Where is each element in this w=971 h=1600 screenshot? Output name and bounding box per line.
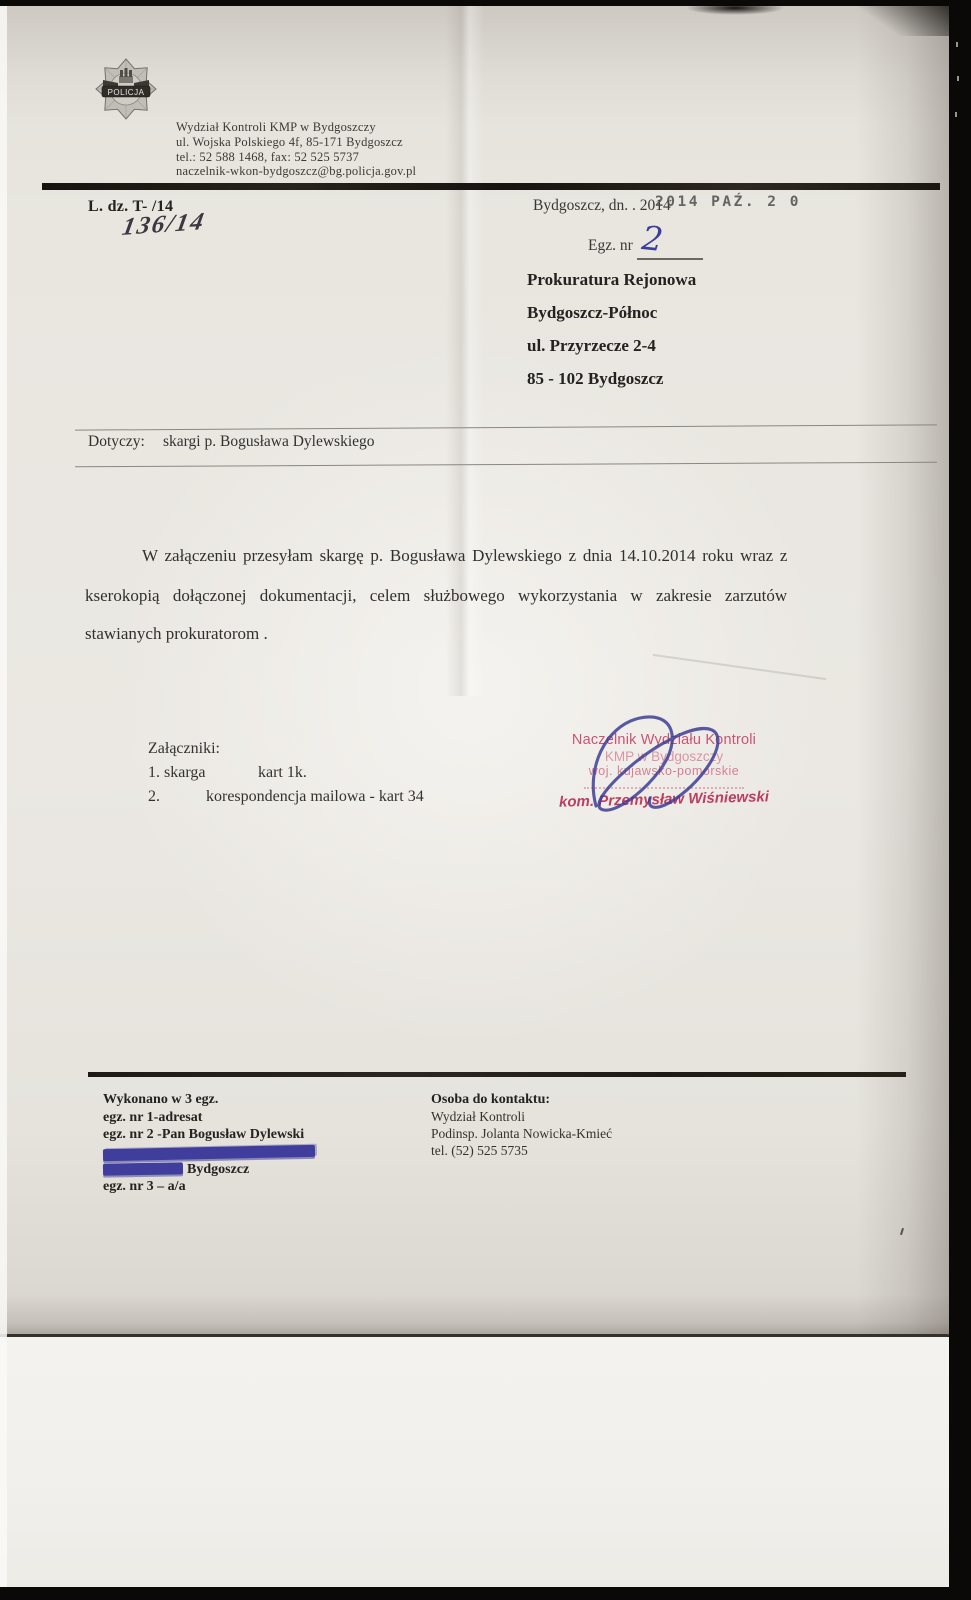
police-star-icon: POLICJA xyxy=(93,56,159,120)
scan-edge-top xyxy=(0,0,971,6)
bottom-fold-shadow xyxy=(0,1294,949,1336)
footer-divider xyxy=(88,1072,906,1077)
copy-1: egz. nr 1-adresat xyxy=(103,1109,315,1127)
recipient-name: Prokuratura Rejonowa xyxy=(527,270,696,303)
city-text: Bydgoszcz xyxy=(187,1161,249,1179)
scan-edge-right xyxy=(949,0,971,1600)
letterhead-address: ul. Wojska Polskiego 4f, 85-171 Bydgoszc… xyxy=(176,135,416,150)
recipient-district: Bydgoszcz-Północ xyxy=(527,303,696,336)
letterhead-unit: Wydział Kontroli KMP w Bydgoszczy xyxy=(176,120,416,135)
recipient-city: 85 - 102 Bydgoszcz xyxy=(527,369,696,402)
underlying-sheet xyxy=(0,1337,949,1587)
copies-made: Wykonano w 3 egz. xyxy=(103,1091,315,1109)
contact-title: Osoba do kontaktu: xyxy=(431,1091,612,1108)
place-and-date: Bydgoszcz, dn. . 2014 xyxy=(533,197,671,215)
partially-redacted-city-line: Bydgoszcz xyxy=(103,1161,315,1179)
recipient-street: ul. Przyrzecze 2-4 xyxy=(527,336,696,369)
contact-person: Podinsp. Jolanta Nowicka-Kmieć xyxy=(431,1125,612,1142)
letterhead-email: naczelnik-wkon-bydgoszcz@bg.policja.gov.… xyxy=(176,164,416,179)
date-stamp: 2014 PAŹ. 2 0 xyxy=(655,194,801,210)
scan-edge-smudge xyxy=(686,1,784,15)
scan-scratch xyxy=(956,42,958,47)
letterhead-divider xyxy=(42,183,940,190)
scan-edge-left xyxy=(0,6,7,1587)
body-line-3: stawianych prokuratorom . xyxy=(85,624,268,644)
scan-scratch xyxy=(957,76,959,81)
contact-unit: Wydział Kontroli xyxy=(431,1108,612,1125)
subject-value: skargi p. Bogusława Dylewskiego xyxy=(163,433,375,451)
attachments-title: Załączniki: xyxy=(148,740,220,758)
letterhead: Wydział Kontroli KMP w Bydgoszczy ul. Wo… xyxy=(176,120,416,179)
paper-right-shading xyxy=(856,6,949,1336)
signature-ink-icon xyxy=(580,708,736,824)
policja-banner-label: POLICJA xyxy=(108,88,145,97)
attachment-2-number: 2. xyxy=(148,788,160,806)
copy-3: egz. nr 3 – a/a xyxy=(103,1178,315,1196)
attachment-2-label: korespondencja mailowa - kart 34 xyxy=(206,788,424,806)
body-line-2: kserokopią dołączonej dokumentacji, cele… xyxy=(85,586,787,606)
subject-label: Dotyczy: xyxy=(88,433,145,451)
handwritten-signature xyxy=(580,708,736,829)
scan-scratch xyxy=(955,112,957,117)
police-badge-logo: POLICJA xyxy=(93,56,159,125)
contact-block: Osoba do kontaktu: Wydział Kontroli Podi… xyxy=(431,1091,612,1159)
scan-edge-bottom xyxy=(0,1587,971,1600)
handwritten-copy-number: 2 xyxy=(640,218,665,259)
contact-phone: tel. (52) 525 5735 xyxy=(431,1142,612,1159)
scan-corner-shadow xyxy=(843,0,949,36)
body-line-1: W załączeniu przesyłam skargę p. Bogusła… xyxy=(142,546,787,566)
scanned-letter-page: POLICJA Wydział Kontroli KMP w Bydgoszcz… xyxy=(0,0,971,1600)
copy-number-label: Egz. nr xyxy=(588,237,633,255)
attachment-1-pages: kart 1k. xyxy=(258,764,307,782)
letterhead-phone: tel.: 52 588 1468, fax: 52 525 5737 xyxy=(176,150,416,165)
attachment-1-label: 1. skarga xyxy=(148,764,205,782)
recipient-address: Prokuratura Rejonowa Bydgoszcz-Północ ul… xyxy=(527,270,696,402)
redacted-postal-code xyxy=(103,1163,183,1176)
redacted-address-line xyxy=(103,1144,315,1160)
distribution-list: Wykonano w 3 egz. egz. nr 1-adresat egz.… xyxy=(103,1091,315,1196)
copy-2: egz. nr 2 -Pan Bogusław Dylewski xyxy=(103,1126,315,1144)
copy-number-underline xyxy=(637,258,703,260)
